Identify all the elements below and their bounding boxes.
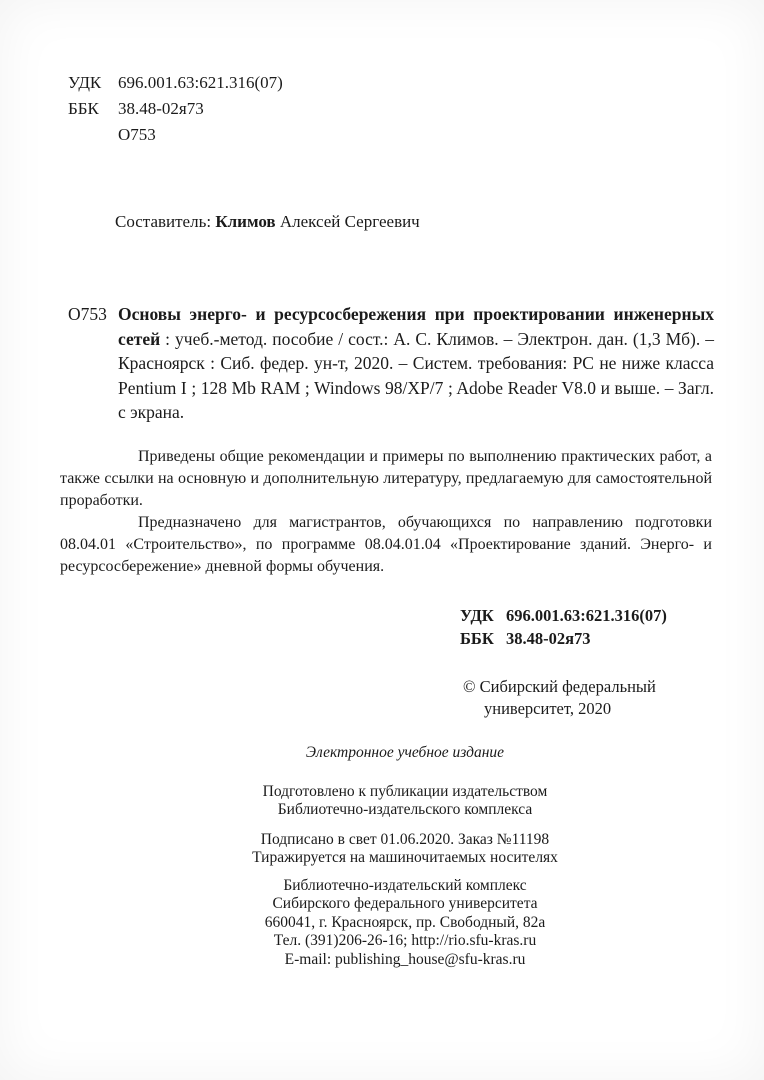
annotation-paragraph-1: Приведены общие рекомендации и примеры п… [60, 446, 712, 512]
edition-type: Электронное учебное издание [50, 744, 760, 763]
udk-row: УДК696.001.63:621.316(07) [68, 70, 283, 96]
author-sign-row: О753 [68, 122, 283, 148]
compiler-label: Составитель: [115, 212, 215, 231]
colophon: Электронное учебное издание Подготовлено… [50, 744, 760, 969]
bib-description-paragraph: Основы энерго- и ресурсосбережения при п… [68, 302, 714, 425]
publisher-email: E-mail: publishing_house@sfu-kras.ru [285, 951, 526, 968]
udk-row-bottom: УДК696.001.63:621.316(07) [460, 604, 667, 627]
signed-line-2: Тиражируется на машиночитаемых носителях [252, 849, 558, 866]
udk-value: 696.001.63:621.316(07) [118, 73, 283, 92]
annotation-block: Приведены общие рекомендации и примеры п… [60, 446, 712, 578]
copyright-line-2: университет, 2020 [463, 698, 656, 720]
signed-block: Подписано в свет 01.06.2020. Заказ №1119… [50, 831, 760, 868]
prepared-block: Подготовлено к публикации издательством … [50, 783, 760, 820]
publisher-address: 660041, г. Красноярск, пр. Свободный, 82… [265, 914, 546, 931]
bib-author-sign: О753 [68, 302, 107, 327]
publisher-name: Библиотечно-издательский комплекс [283, 877, 526, 894]
compiler-given-names: Алексей Сергеевич [276, 212, 420, 231]
prepared-line-1: Подготовлено к публикации издательством [263, 783, 548, 800]
bbk-label-bottom: ББК [460, 627, 506, 650]
udk-value-bottom: 696.001.63:621.316(07) [506, 606, 667, 625]
bottom-classification-codes: УДК696.001.63:621.316(07) ББК38.48-02я73 [460, 604, 667, 650]
bbk-row: ББК38.48-02я73 [68, 96, 283, 122]
signed-line-1: Подписано в свет 01.06.2020. Заказ №1119… [261, 831, 549, 848]
bbk-value-bottom: 38.48-02я73 [506, 629, 591, 648]
bbk-row-bottom: ББК38.48-02я73 [460, 627, 667, 650]
publisher-university: Сибирского федерального университета [272, 895, 537, 912]
imprint-page: УДК696.001.63:621.316(07) ББК38.48-02я73… [0, 0, 764, 1080]
udk-label-bottom: УДК [460, 604, 506, 627]
bbk-label: ББК [68, 96, 118, 122]
compiler-surname: Климов [215, 212, 275, 231]
bib-description: : учеб.-метод. пособие / сост.: А. С. Кл… [118, 329, 714, 423]
bbk-value: 38.48-02я73 [118, 99, 204, 118]
udk-label: УДК [68, 70, 118, 96]
bibliographic-entry: О753 Основы энерго- и ресурсосбережения … [68, 302, 714, 425]
compiler-line: Составитель: Климов Алексей Сергеевич [115, 212, 420, 232]
publisher-phone-website: Тел. (391)206-26-16; http://rio.sfu-kras… [274, 932, 536, 949]
annotation-paragraph-2: Предназначено для магистрантов, обучающи… [60, 512, 712, 578]
copyright-notice: © Сибирский федеральный университет, 202… [463, 676, 656, 720]
copyright-line-1: © Сибирский федеральный [463, 676, 656, 698]
publisher-block: Библиотечно-издательский комплекс Сибирс… [50, 877, 760, 970]
prepared-line-2: Библиотечно-издательского комплекса [278, 801, 532, 818]
author-sign: О753 [118, 125, 156, 144]
top-classification-codes: УДК696.001.63:621.316(07) ББК38.48-02я73… [68, 70, 283, 148]
